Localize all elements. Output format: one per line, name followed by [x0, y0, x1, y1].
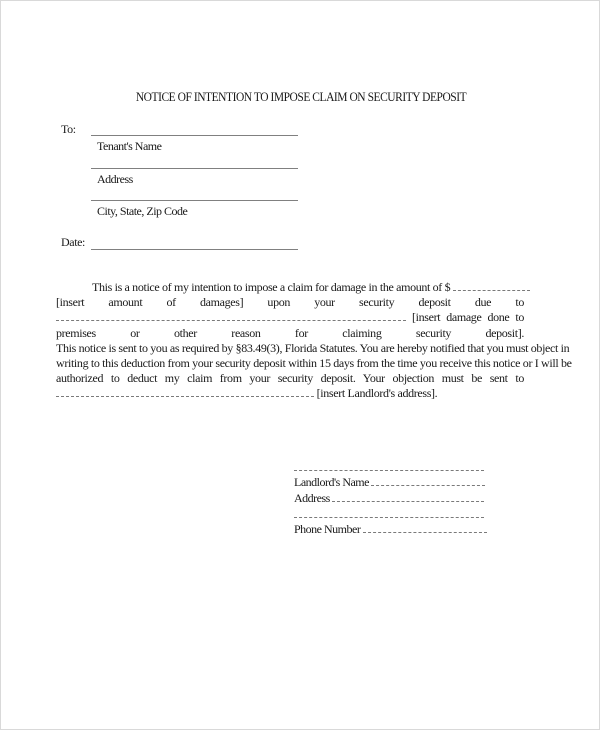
landlord-name-row: Landlord's Name: [294, 475, 485, 490]
city-state-zip-caption: City, State, Zip Code: [97, 204, 187, 219]
body-text-8: [insert Landlord's address].: [317, 386, 438, 400]
body-line-1: This is a notice of my intention to impo…: [56, 280, 524, 295]
phone-label: Phone Number: [294, 522, 360, 536]
body-word: upon: [267, 295, 290, 310]
body-line-6: writing to this deduction from your secu…: [56, 356, 524, 371]
phone-row: Phone Number: [294, 522, 487, 537]
landlord-name-label: Landlord's Name: [294, 475, 369, 489]
date-label: Date:: [61, 235, 85, 250]
body-line-7: authorized to deduct my claim from your …: [56, 371, 524, 386]
body-word: other: [174, 326, 197, 341]
body-line-5: This notice is sent to you as required b…: [56, 341, 524, 356]
tenant-name-line[interactable]: [91, 135, 298, 136]
reason-blank[interactable]: [56, 311, 406, 321]
body-word: due: [475, 295, 491, 310]
to-label: To:: [61, 122, 76, 137]
body-line-8: [insert Landlord's address].: [56, 386, 524, 401]
body-word: security: [359, 295, 394, 310]
city-state-zip-line[interactable]: [91, 200, 298, 201]
body-line-2: [insertamountofdamages]uponyoursecurityd…: [56, 295, 524, 310]
body-word: or: [130, 326, 139, 341]
landlord-name-blank[interactable]: [371, 476, 485, 486]
document-title: NOTICE OF INTENTION TO IMPOSE CLAIM ON S…: [25, 90, 577, 105]
body-word: claiming: [342, 326, 381, 341]
address-caption: Address: [97, 172, 133, 187]
landlord-address-label: Address: [294, 491, 330, 505]
body-word: for: [295, 326, 308, 341]
body-word: security: [416, 326, 451, 341]
document-page: NOTICE OF INTENTION TO IMPOSE CLAIM ON S…: [0, 0, 600, 730]
body-word: deposit].: [485, 326, 524, 341]
body-word: to: [515, 295, 524, 310]
amount-blank[interactable]: [453, 281, 530, 291]
notice-body: This is a notice of my intention to impo…: [56, 280, 524, 402]
body-text-1: This is a notice of my intention to impo…: [92, 280, 450, 294]
phone-blank[interactable]: [363, 523, 487, 533]
body-word: deposit: [418, 295, 450, 310]
body-word: of: [167, 295, 176, 310]
address-continuation-line[interactable]: [294, 517, 484, 518]
body-word: [insert: [56, 295, 84, 310]
body-text-3: [insert damage done to: [412, 310, 524, 324]
body-line-3: [insert damage done to: [56, 310, 524, 325]
tenant-name-caption: Tenant's Name: [97, 139, 161, 154]
body-word: amount: [108, 295, 142, 310]
landlord-address-field-blank[interactable]: [332, 492, 484, 502]
body-word: premises: [56, 326, 96, 341]
body-word: damages]: [200, 295, 243, 310]
body-line-4: premisesorotherreasonforclaimingsecurity…: [56, 326, 524, 341]
landlord-address-blank[interactable]: [56, 387, 314, 397]
date-line[interactable]: [91, 249, 298, 250]
signature-line[interactable]: [294, 470, 484, 471]
landlord-address-row: Address: [294, 491, 484, 506]
body-word: reason: [231, 326, 260, 341]
body-word: your: [314, 295, 335, 310]
address-line[interactable]: [91, 168, 298, 169]
